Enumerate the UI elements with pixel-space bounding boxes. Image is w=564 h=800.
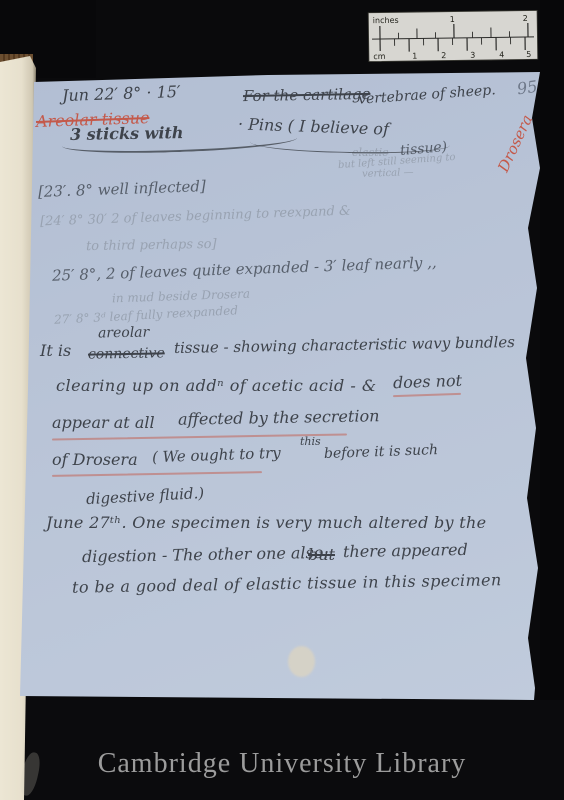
folio-number: 95 — [516, 77, 539, 99]
manuscript-line: areolar — [98, 326, 150, 341]
manuscript-line: ( We ought to try — [152, 446, 281, 465]
ruler: inches 1 2 cm 1 2 3 4 5 — [368, 10, 539, 62]
manuscript-line: before it is such — [324, 443, 438, 461]
manuscript-line-struck: but — [308, 547, 335, 563]
manuscript-line: this — [300, 436, 321, 447]
manuscript-line: does not — [393, 373, 463, 391]
manuscript-line-struck: connective — [88, 346, 165, 361]
ruler-cm-number: 2 — [441, 51, 446, 60]
ruler-cm-label: cm — [373, 52, 386, 61]
manuscript-line: appear at all — [52, 415, 155, 431]
manuscript-line: It is — [40, 343, 71, 359]
ruler-inch-number: 1 — [450, 15, 455, 24]
manuscript-line: of Drosera — [52, 452, 138, 468]
manuscript-line: there appeared — [343, 542, 468, 560]
ruler-inch-number: 2 — [523, 14, 528, 23]
manuscript-line: clearing up on addⁿ of acetic acid - & — [56, 378, 377, 394]
ruler-inches-label: inches — [373, 16, 399, 25]
manuscript-line: Jun 22′ 8° · 15′ — [62, 84, 181, 104]
manuscript-line: digestion - The other one also: — [82, 545, 329, 565]
manuscript-line: June 27ᵗʰ. One specimen is very much alt… — [46, 515, 486, 531]
ruler-cm-number: 3 — [470, 51, 475, 60]
backdrop-panel — [540, 0, 564, 800]
glue-spot — [288, 646, 315, 677]
manuscript-line-struck: For the cartilage — [243, 87, 371, 104]
ruler-cm-number: 4 — [499, 50, 504, 59]
manuscript-line: affected by the secretion — [178, 408, 380, 428]
manuscript-line: vertical — — [362, 168, 414, 180]
library-watermark: Cambridge University Library — [0, 748, 564, 780]
ruler-cm-number: 5 — [526, 50, 531, 59]
manuscript-line: to third perhaps so] — [86, 238, 217, 253]
ruler-cm-number: 1 — [412, 51, 417, 60]
